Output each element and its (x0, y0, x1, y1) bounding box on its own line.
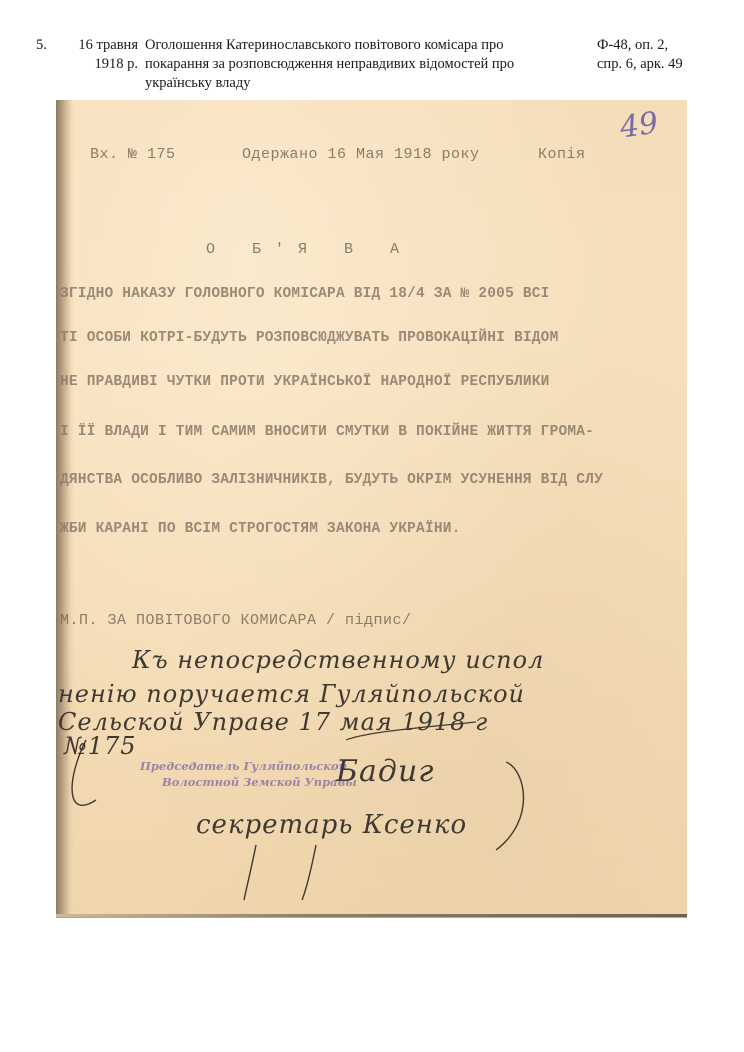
document-heading: О Б'Я В А (206, 241, 413, 258)
archive-reference: Ф-48, оп. 2, спр. 6, арк. 49 (597, 36, 737, 74)
body-line: ТІ ОСОБИ КОТРІ-БУДУТЬ РОЗПОВСЮДЖУВАТЬ ПР… (60, 330, 558, 346)
official-stamp: Председатель Гуляйпольской Волостной Зем… (140, 758, 357, 790)
body-line: НЕ ПРАВДИВІ ЧУТКИ ПРОТИ УКРАЇНСЬКОЇ НАРО… (60, 374, 550, 390)
received-date: Одержано 16 Мая 1918 року (242, 146, 480, 163)
incoming-number: Вх. № 175 (90, 146, 176, 163)
handwritten-number: №175 (64, 732, 137, 760)
body-line: ЖБИ КАРАНІ ПО ВСІМ СТРОГОСТЯМ ЗАКОНА УКР… (60, 521, 461, 537)
copy-mark: Копія (538, 146, 586, 163)
signature-flourish-icon (56, 100, 687, 917)
entry-date-day: 16 травня (64, 36, 138, 55)
entry-date: 16 травня 1918 р. (64, 36, 138, 74)
archive-page-number: 49 (618, 106, 661, 146)
chairman-signature: Бадиг (336, 754, 434, 789)
stamp-line: Волостной Земской Управы (140, 774, 357, 790)
handwritten-resolution-line: Къ непосредственному испол (132, 646, 544, 674)
body-line: ДЯНСТВА ОСОБЛИВО ЗАЛІЗНИЧНИКІВ, БУДУТЬ О… (60, 472, 603, 488)
entry-date-year: 1918 р. (64, 55, 138, 74)
signature-line: М.П. ЗА ПОВІТОВОГО КОМИСАРА / підпис/ (60, 612, 412, 629)
entry-number: 5. (36, 36, 47, 55)
stamp-line: Председатель Гуляйпольской (140, 758, 357, 774)
handwritten-resolution-line: ненію поручается Гуляйпольской (58, 680, 525, 708)
secretary-signature: секретарь Ксенко (196, 810, 467, 840)
entry-title-line: українську владу (145, 74, 595, 93)
body-line: І ЇЇ ВЛАДИ І ТИМ САМИМ ВНОСИТИ СМУТКИ В … (60, 424, 594, 440)
entry-title-line: Оголошення Катеринославського повітового… (145, 36, 595, 55)
entry-title-line: покарання за розповсюдження неправдивих … (145, 55, 595, 74)
archive-reference-line: Ф-48, оп. 2, (597, 36, 737, 55)
scanned-document-image: 49 Вх. № 175 Одержано 16 Мая 1918 року К… (56, 100, 687, 917)
body-line: ЗГІДНО НАКАЗУ ГОЛОВНОГО КОМІСАРА ВІД 18/… (60, 286, 550, 302)
archive-reference-line: спр. 6, арк. 49 (597, 55, 737, 74)
entry-title: Оголошення Катеринославського повітового… (145, 36, 595, 93)
